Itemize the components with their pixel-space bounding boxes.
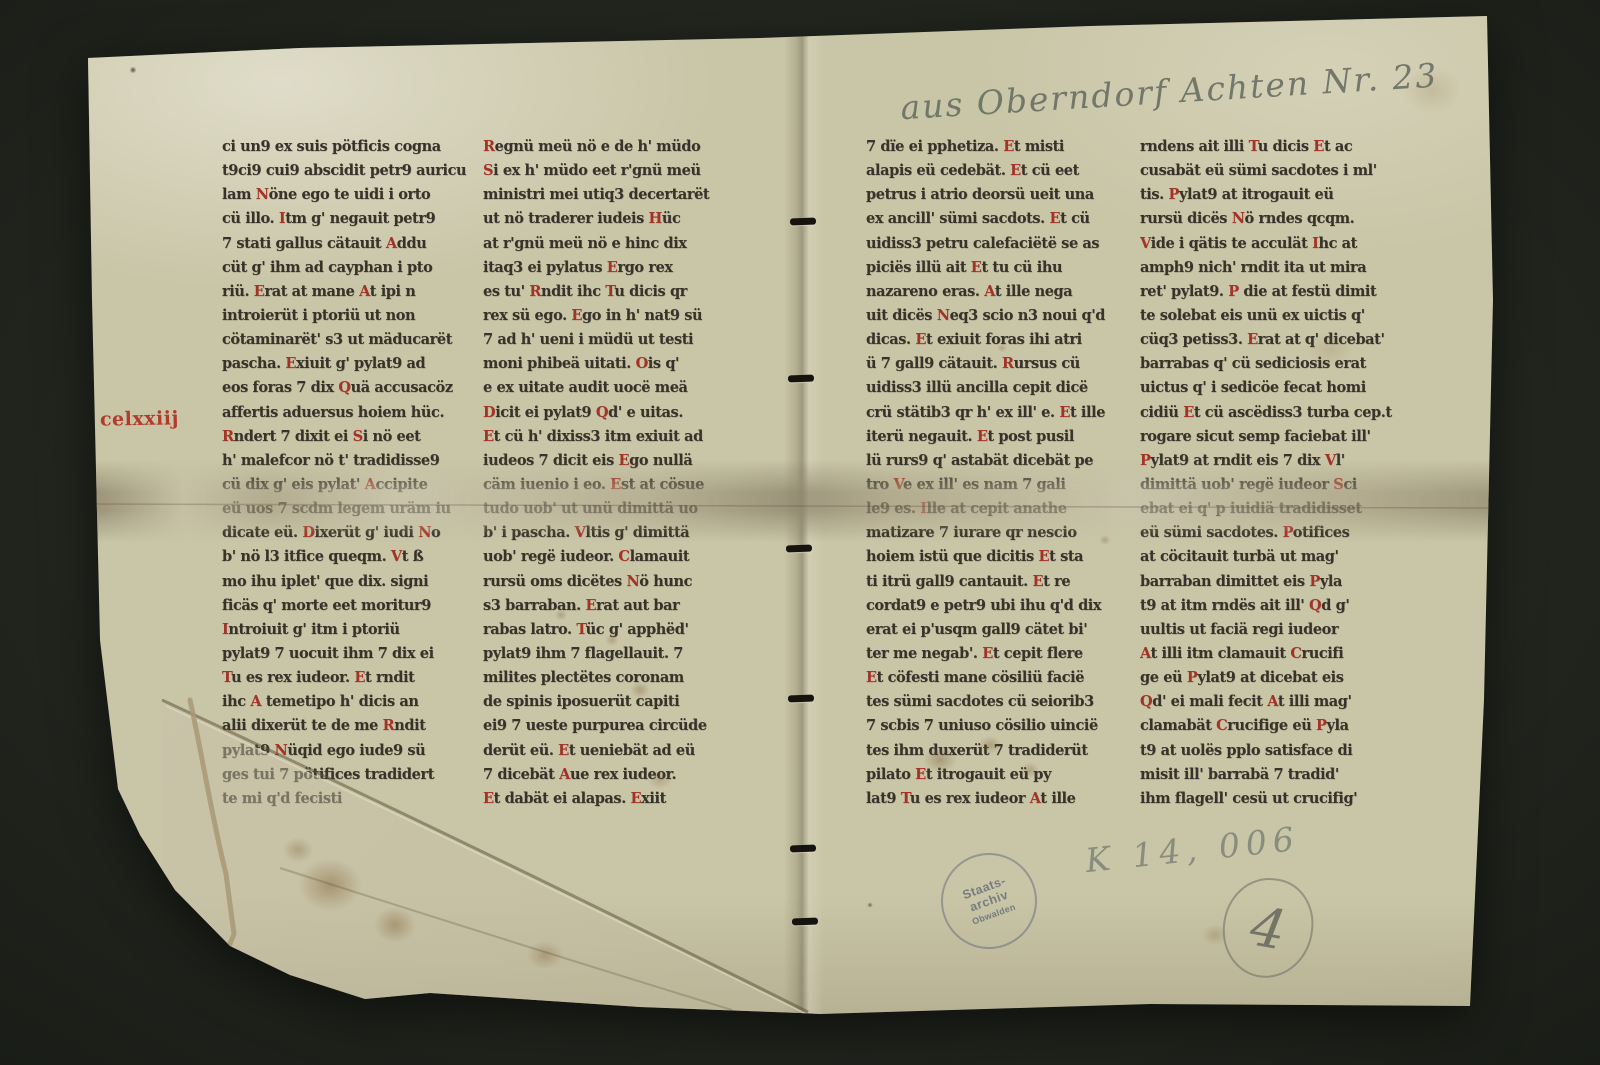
manuscript-text-line: ihm flagell' cesü ut crucifig': [1140, 787, 1424, 811]
archive-stamp: Staats- archiv Obwalden: [927, 839, 1050, 962]
manuscript-text-line: barraban dimittet eis Pyla: [1140, 570, 1424, 594]
manuscript-text-line: uultis ut faciä regi iudeor: [1140, 618, 1424, 642]
manuscript-text-line: tes ihm duxerüt 7 tradiderüt: [866, 739, 1136, 763]
manuscript-text-line: tro Ve ex ill' es nam 7 gali: [866, 473, 1136, 497]
manuscript-text-line: barrabas q' cü sediciosis erat: [1140, 352, 1424, 376]
manuscript-text-line: Introiuit g' itm i ptoriü: [222, 618, 474, 642]
manuscript-text-line: b' i pascha. Vltis g' dimittä: [483, 521, 743, 545]
manuscript-text-line: cäm iuenio i eo. Est at cösue: [483, 473, 743, 497]
manuscript-text-line: b' nö l3 itfice queqm. Vt ß: [222, 545, 474, 569]
pencil-page-number: 4: [1246, 894, 1291, 962]
manuscript-text-line: ebat ei q' p iuidiä tradidisset: [1140, 497, 1424, 521]
manuscript-text-line: Tu es rex iudeor. Et rndit: [222, 666, 474, 690]
manuscript-text-line: 7 scbis 7 uniuso cösilio uincië: [866, 714, 1136, 738]
manuscript-text-line: cötaminarët' s3 ut mäducarët: [222, 328, 474, 352]
manuscript-text-line: cüt g' ihm ad cayphan i pto: [222, 256, 474, 280]
manuscript-text-line: uidiss3 illü ancilla cepit dicë: [866, 376, 1136, 400]
folio-number-rubric: celxxiij: [100, 407, 179, 430]
manuscript-text-line: itaq3 ei pylatus Ergo rex: [483, 256, 743, 280]
manuscript-text-line: pilato Et itrogauit eü py: [866, 763, 1136, 787]
sewing-slit: [788, 695, 814, 703]
sewing-slit: [790, 218, 816, 226]
sewing-slit: [788, 375, 814, 383]
manuscript-text-line: pascha. Exiuit g' pylat9 ad: [222, 352, 474, 376]
manuscript-text-line: tis. Pylat9 at itrogauit eü: [1140, 183, 1424, 207]
provenance-ink-note: aus Oberndorf Achten Nr. 23: [899, 52, 1500, 128]
manuscript-text-line: lam Nöne ego te uidi i orto: [222, 183, 474, 207]
manuscript-text-line: misit ill' barrabä 7 tradid': [1140, 763, 1424, 787]
manuscript-text-line: h' malefcor nö t' tradidisse9: [222, 449, 474, 473]
manuscript-text-line: tes sümi sacdotes cü seiorib3: [866, 690, 1136, 714]
manuscript-text-line: Regnü meü nö e de h' müdo: [483, 135, 743, 159]
manuscript-text-line: rogare sicut semp faciebat ill': [1140, 425, 1424, 449]
manuscript-text-line: te mi q'd fecisti: [222, 787, 474, 811]
manuscript-text-line: le9 es. Ille at cepit anathe: [866, 497, 1136, 521]
manuscript-text-line: dimittä uob' regë iudeor Sci: [1140, 473, 1424, 497]
manuscript-text-line: cidiü Et cü ascëdiss3 turba cep.t: [1140, 401, 1424, 425]
secondary-crease: [280, 868, 732, 1010]
text-column-4: rndens ait illi Tu dicis Et accusabät eü…: [1140, 135, 1424, 825]
text-column-2: Regnü meü nö e de h' müdoSi ex h' müdo e…: [483, 135, 743, 825]
manuscript-text-line: pylat9 ihm 7 flagellauit. 7: [483, 642, 743, 666]
manuscript-text-line: ex ancill' sümi sacdots. Et cü: [866, 207, 1136, 231]
manuscript-text-line: Et cü h' dixiss3 itm exiuit ad: [483, 425, 743, 449]
manuscript-text-line: t9 at itm rndës ait ill' Qd g': [1140, 594, 1424, 618]
manuscript-text-line: Qd' ei mali fecit At illi mag': [1140, 690, 1424, 714]
text-column-1: ci un9 ex suis pötficis cognat9ci9 cui9 …: [222, 135, 474, 825]
manuscript-text-line: alii dixerüt te de me Rndit: [222, 714, 474, 738]
parchment-surface: ci un9 ex suis pötficis cognat9ci9 cui9 …: [84, 12, 1496, 1014]
manuscript-text-line: tudo uob' ut unü dimittä uo: [483, 497, 743, 521]
manuscript-text-line: uidiss3 petru calefaciëtë se as: [866, 232, 1136, 256]
manuscript-text-line: affertis aduersus hoiem hüc.: [222, 401, 474, 425]
manuscript-text-line: Si ex h' müdo eet r'gnü meü: [483, 159, 743, 183]
manuscript-text-line: rursü oms dicëtes Nö hunc: [483, 570, 743, 594]
manuscript-text-line: t9ci9 cui9 abscidit petr9 auricu: [222, 159, 474, 183]
manuscript-text-line: milites plectëtes coronam: [483, 666, 743, 690]
manuscript-text-line: Pylat9 at rndit eis 7 dix Vl': [1140, 449, 1424, 473]
manuscript-text-line: e ex uitate audit uocë meä: [483, 376, 743, 400]
manuscript-text-line: rursü dicës Nö rndes qcqm.: [1140, 207, 1424, 231]
pencil-circle: 4: [1218, 874, 1318, 983]
manuscript-text-line: riü. Erat at mane At ipi n: [222, 280, 474, 304]
manuscript-text-line: rndens ait illi Tu dicis Et ac: [1140, 135, 1424, 159]
manuscript-text-line: eü sümi sacdotes. Potifices: [1140, 521, 1424, 545]
manuscript-text-line: te solebat eis unü ex uictis q': [1140, 304, 1424, 328]
manuscript-text-line: introierüt i ptoriü ut non: [222, 304, 474, 328]
manuscript-text-line: piciës illü ait Et tu cü ihu: [866, 256, 1136, 280]
manuscript-text-line: Et cöfesti mane cösiliü facië: [866, 666, 1136, 690]
manuscript-text-line: dicas. Et exiuit foras ihi atri: [866, 328, 1136, 352]
manuscript-text-line: pylat9 7 uocuit ihm 7 dix ei: [222, 642, 474, 666]
manuscript-text-line: Vide i qätis te acculät Ihc at: [1140, 232, 1424, 256]
manuscript-text-line: rabas latro. Tüc g' apphëd': [483, 618, 743, 642]
sewing-slit: [790, 845, 816, 853]
manuscript-text-line: uictus q' i sedicöe fecat homi: [1140, 376, 1424, 400]
manuscript-text-line: t9 at uolës pplo satisface di: [1140, 739, 1424, 763]
manuscript-text-line: de spinis iposuerüt capiti: [483, 690, 743, 714]
manuscript-text-line: eos foras 7 dix Quä accusacöz: [222, 376, 474, 400]
text-column-3: 7 dïe ei pphetiza. Et mistialapis eü ced…: [866, 135, 1136, 825]
manuscript-text-line: rex sü ego. Ego in h' nat9 sü: [483, 304, 743, 328]
manuscript-text-line: erat ei p'usqm gall9 cätet bi': [866, 618, 1136, 642]
manuscript-text-line: matizare 7 iurare qr nescio: [866, 521, 1136, 545]
manuscript-text-line: 7 stati gallus cätauit Addu: [222, 232, 474, 256]
manuscript-text-line: uob' regë iudeor. Clamauit: [483, 545, 743, 569]
manuscript-text-line: cü illo. Itm g' negauit petr9: [222, 207, 474, 231]
manuscript-text-line: uit dicës Neq3 scio n3 noui q'd: [866, 304, 1136, 328]
manuscript-text-line: ti itrü gall9 cantauit. Et re: [866, 570, 1136, 594]
manuscript-text-line: alapis eü cedebät. Et cü eet: [866, 159, 1136, 183]
manuscript-text-line: amph9 nich' rndit ita ut mira: [1140, 256, 1424, 280]
manuscript-text-line: eü uos 7 scdm legem uräm iu: [222, 497, 474, 521]
manuscript-text-line: hoiem istü que dicitis Et sta: [866, 545, 1136, 569]
manuscript-text-line: ü 7 gall9 cätauit. Rursus cü: [866, 352, 1136, 376]
parchment-bifolium: ci un9 ex suis pötficis cognat9ci9 cui9 …: [84, 12, 1496, 1014]
manuscript-text-line: ei9 7 ueste purpurea circüde: [483, 714, 743, 738]
manuscript-text-line: 7 ad h' ueni i müdü ut testi: [483, 328, 743, 352]
manuscript-text-line: petrus i atrio deorsü ueit una: [866, 183, 1136, 207]
manuscript-text-line: moni phibeä uitati. Ois q': [483, 352, 743, 376]
manuscript-text-line: crü stätib3 qr h' ex ill' e. Et ille: [866, 401, 1136, 425]
manuscript-text-line: es tu' Rndit ihc Tu dicis qr: [483, 280, 743, 304]
manuscript-text-line: pylat9 Nüqid ego iude9 sü: [222, 739, 474, 763]
sewing-slit: [792, 918, 818, 926]
manuscript-text-line: ter me negab'. Et cepit flere: [866, 642, 1136, 666]
manuscript-text-line: nazareno eras. At ille nega: [866, 280, 1136, 304]
photo-backdrop: { "scene": { "backdrop_color": "#23261f"…: [0, 0, 1600, 1065]
manuscript-text-line: ges tui 7 pötifices tradidert: [222, 763, 474, 787]
manuscript-text-line: cüq3 petiss3. Erat at q' dicebat': [1140, 328, 1424, 352]
manuscript-text-line: s3 barraban. Erat aut bar: [483, 594, 743, 618]
manuscript-text-line: ut nö traderer iudeis Hüc: [483, 207, 743, 231]
manuscript-text-line: ficäs q' morte eet moritur9: [222, 594, 474, 618]
manuscript-text-line: derüt eü. Et ueniebät ad eü: [483, 739, 743, 763]
manuscript-text-line: lat9 Tu es rex iudeor At ille: [866, 787, 1136, 811]
manuscript-text-line: lü rurs9 q' astabät dicebät pe: [866, 449, 1136, 473]
manuscript-text-line: mo ihu iplet' que dix. signi: [222, 570, 474, 594]
manuscript-text-line: Dicit ei pylat9 Qd' e uitas.: [483, 401, 743, 425]
manuscript-text-line: ge eü Pylat9 at dicebat eis: [1140, 666, 1424, 690]
sewing-slit: [786, 545, 812, 553]
manuscript-text-line: 7 dicebät Aue rex iudeor.: [483, 763, 743, 787]
manuscript-text-line: ministri mei utiq3 decertarët: [483, 183, 743, 207]
manuscript-text-line: at cöcitauit turbä ut mag': [1140, 545, 1424, 569]
manuscript-text-line: ci un9 ex suis pötficis cogna: [222, 135, 474, 159]
manuscript-text-line: cü dix g' eis pylat' Accipite: [222, 473, 474, 497]
manuscript-text-line: dicate eü. Dixerüt g' iudi No: [222, 521, 474, 545]
manuscript-text-line: clamabät Crucifige eü Pyla: [1140, 714, 1424, 738]
manuscript-text-line: ihc A temetipo h' dicis an: [222, 690, 474, 714]
manuscript-text-line: iterü negauit. Et post pusil: [866, 425, 1136, 449]
manuscript-text-line: ret' pylat9. P die at festü dimit: [1140, 280, 1424, 304]
manuscript-text-line: cordat9 e petr9 ubi ihu q'd dix: [866, 594, 1136, 618]
pencil-shelfmark: K 14, 006: [1084, 819, 1302, 880]
manuscript-text-line: Rndert 7 dixit ei Si nö eet: [222, 425, 474, 449]
manuscript-text-line: Et dabät ei alapas. Exiit: [483, 787, 743, 811]
manuscript-text-line: iudeos 7 dicit eis Ego nullä: [483, 449, 743, 473]
manuscript-text-line: cusabät eü sümi sacdotes i ml': [1140, 159, 1424, 183]
manuscript-text-line: 7 dïe ei pphetiza. Et misti: [866, 135, 1136, 159]
manuscript-text-line: at r'gnü meü nö e hinc dix: [483, 232, 743, 256]
manuscript-text-line: At illi itm clamauit Crucifi: [1140, 642, 1424, 666]
